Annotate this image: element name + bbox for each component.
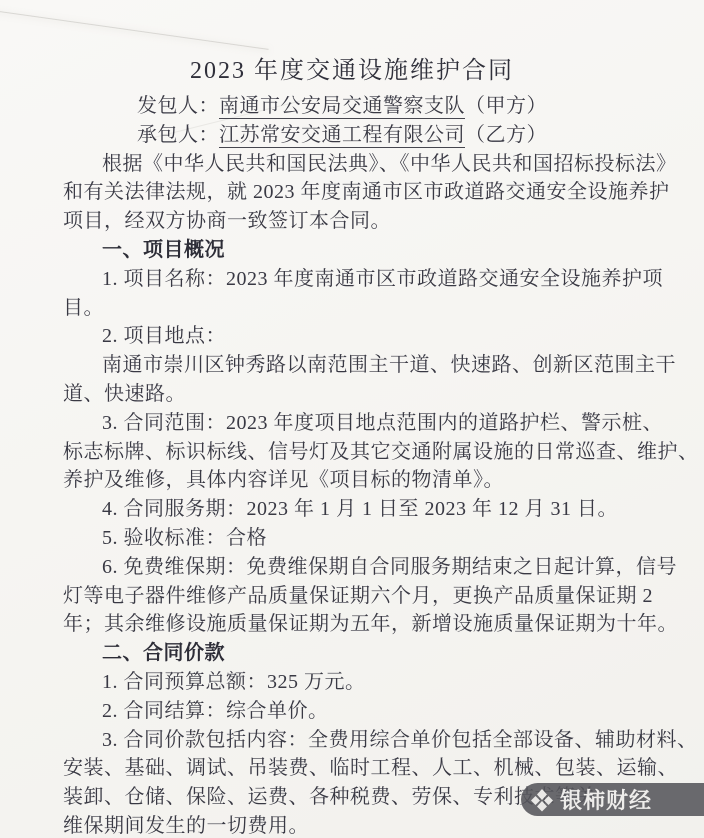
party-label: 承包人： bbox=[137, 124, 219, 146]
scanned-contract-page: 2023 年度交通设施维护合同 发包人：南通市公安局交通警察支队（甲方） 承包人… bbox=[0, 0, 704, 838]
party-name-underlined: 江苏常安交通工程有限公司 bbox=[219, 124, 465, 148]
party-suffix: （乙方） bbox=[465, 124, 547, 146]
party-label: 发包人： bbox=[137, 95, 219, 117]
contract-text-lines: 根据《中华人民共和国民法典》、《中华人民共和国招标投标法》和有关法律法规，就 2… bbox=[63, 150, 645, 838]
contract-line: 养护及维修，具体内容详见《项目标的物清单》。 bbox=[63, 466, 645, 495]
contract-line: 2. 合同结算：综合单价。 bbox=[63, 697, 645, 726]
contract-line: 4. 合同服务期：2023 年 1 月 1 日至 2023 年 12 月 31 … bbox=[63, 495, 645, 524]
contract-line: 6. 免费维保期：免费维保期自合同服务期结束之日起计算，信号 bbox=[63, 553, 645, 582]
watermark-badge: 银柿财经 bbox=[521, 783, 704, 816]
section-heading: 二、合同价款 bbox=[63, 639, 645, 668]
contract-line: 灯等电子器件维修产品质量保证期六个月，更换产品质量保证期 2 bbox=[63, 582, 645, 611]
paper-crease bbox=[0, 7, 269, 50]
party-name-underlined: 南通市公安局交通警察支队 bbox=[219, 95, 465, 119]
contract-line: 标志标牌、标识标线、信号灯及其它交通附属设施的日常巡查、维护、 bbox=[63, 438, 645, 467]
contract-line: 3. 合同价款包括内容：全费用综合单价包括全部设备、辅助材料、 bbox=[63, 726, 645, 755]
contract-line: 5. 验收标准：合格 bbox=[63, 524, 645, 553]
party-line-employer: 发包人：南通市公安局交通警察支队（甲方） bbox=[63, 92, 645, 121]
contract-line: 1. 项目名称：2023 年度南通市区市政道路交通安全设施养护项 bbox=[63, 265, 645, 294]
contract-line: 和有关法律法规，就 2023 年度南通市区市政道路交通安全设施养护 bbox=[63, 178, 645, 207]
contract-line: 3. 合同范围：2023 年度项目地点范围内的道路护栏、警示桩、 bbox=[63, 409, 645, 438]
document-title: 2023 年度交通设施维护合同 bbox=[0, 50, 704, 85]
contract-line: 南通市崇川区钟秀路以南范围主干道、快速路、创新区范围主干 bbox=[63, 351, 645, 380]
contract-line: 项目，经双方协商一致签订本合同。 bbox=[63, 207, 645, 236]
contract-line: 道、快速路。 bbox=[63, 380, 645, 409]
contract-line: 1. 合同预算总额：325 万元。 bbox=[63, 668, 645, 697]
contract-line: 2. 项目地点： bbox=[63, 322, 645, 351]
watermark-text: 银柿财经 bbox=[560, 784, 652, 815]
contract-line: 安装、基础、调试、吊装费、临时工程、人工、机械、包装、运输、 bbox=[63, 754, 645, 783]
contract-line: 目。 bbox=[63, 294, 645, 323]
document-body: 发包人：南通市公安局交通警察支队（甲方） 承包人：江苏常安交通工程有限公司（乙方… bbox=[63, 92, 645, 838]
four-diamonds-icon bbox=[530, 788, 554, 812]
section-heading: 一、项目概况 bbox=[63, 236, 645, 265]
party-suffix: （甲方） bbox=[465, 95, 547, 117]
contract-line: 年；其余维修设施质量保证期为五年，新增设施质量保证期为十年。 bbox=[63, 610, 645, 639]
party-line-contractor: 承包人：江苏常安交通工程有限公司（乙方） bbox=[63, 121, 645, 150]
contract-line: 根据《中华人民共和国民法典》、《中华人民共和国招标投标法》 bbox=[63, 150, 645, 179]
